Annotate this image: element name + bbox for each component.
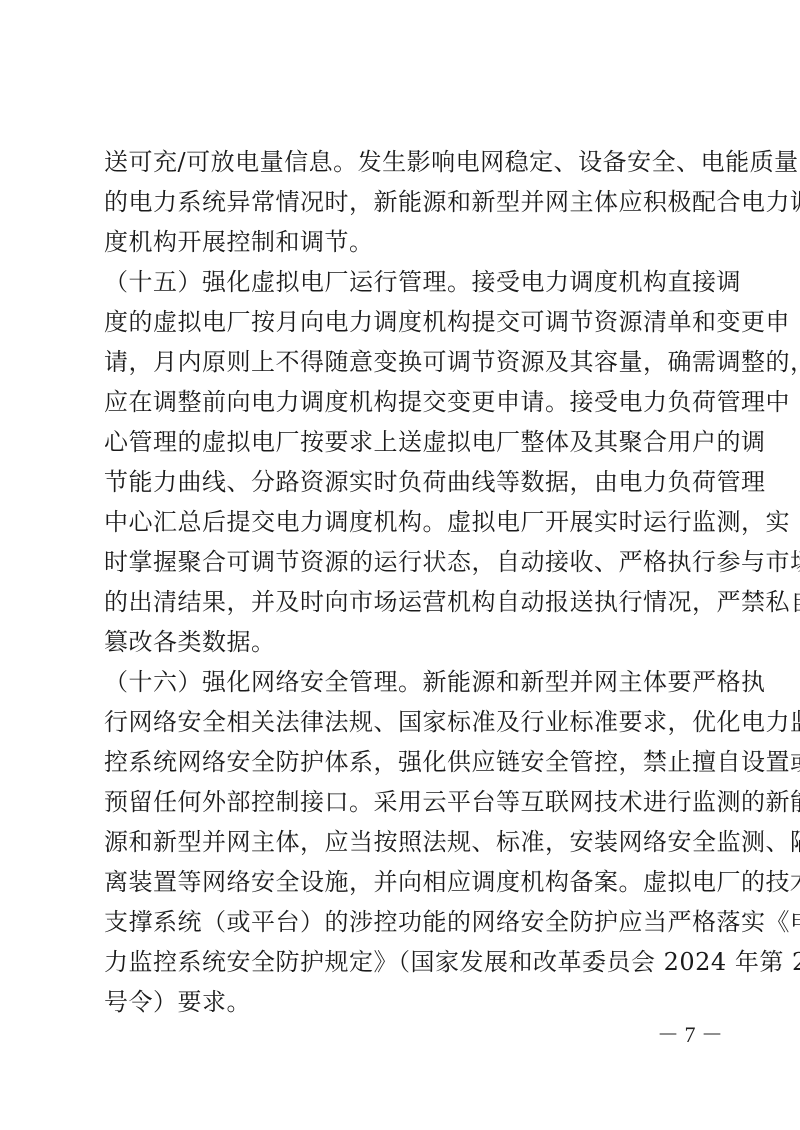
text-line: 支撑系统（或平台）的涉控功能的网络安全防护应当严格落实《电 [104,902,702,942]
text-line: 时掌握聚合可调节资源的运行状态，自动接收、严格执行参与市场 [104,542,702,582]
text-line: 应在调整前向电力调度机构提交变更申请。接受电力负荷管理中 [104,382,702,422]
text-line: 度的虚拟电厂按月向电力调度机构提交可调节资源清单和变更申 [104,302,702,342]
text-line: 篡改各类数据。 [104,622,702,662]
text-line: 源和新型并网主体，应当按照法规、标准，安装网络安全监测、隔 [104,822,702,862]
section-heading-line: （十六）强化网络安全管理。新能源和新型并网主体要严格执 [104,662,702,702]
text-line: 的出清结果，并及时向市场运营机构自动报送执行情况，严禁私自 [104,582,702,622]
text-line: 中心汇总后提交电力调度机构。虚拟电厂开展实时运行监测，实 [104,502,702,542]
text-line: 度机构开展控制和调节。 [104,222,702,262]
text-line: 行网络安全相关法律法规、国家标准及行业标准要求，优化电力监 [104,702,702,742]
text-line: 离装置等网络安全设施，并向相应调度机构备案。虚拟电厂的技术 [104,862,702,902]
text-line: 预留任何外部控制接口。采用云平台等互联网技术进行监测的新能 [104,782,702,822]
text-line: 的电力系统异常情况时，新能源和新型并网主体应积极配合电力调 [104,182,702,222]
paragraph-section-16: （十六）强化网络安全管理。新能源和新型并网主体要严格执 行网络安全相关法律法规、… [104,662,702,1022]
section-heading-line: （十五）强化虚拟电厂运行管理。接受电力调度机构直接调 [104,262,702,302]
paragraph-section-15: （十五）强化虚拟电厂运行管理。接受电力调度机构直接调 度的虚拟电厂按月向电力调度… [104,262,702,662]
document-body: 送可充/可放电量信息。发生影响电网稳定、设备安全、电能质量 的电力系统异常情况时… [104,142,702,1022]
text-line: 送可充/可放电量信息。发生影响电网稳定、设备安全、电能质量 [104,142,702,182]
text-line: 请，月内原则上不得随意变换可调节资源及其容量，确需调整的， [104,342,702,382]
text-line: 号令）要求。 [104,982,702,1022]
text-line: 力监控系统安全防护规定》（国家发展和改革委员会 2024 年第 27 [104,942,702,982]
text-line: 心管理的虚拟电厂按要求上送虚拟电厂整体及其聚合用户的调 [104,422,702,462]
paragraph-continuation: 送可充/可放电量信息。发生影响电网稳定、设备安全、电能质量 的电力系统异常情况时… [104,142,702,262]
text-line: 节能力曲线、分路资源实时负荷曲线等数据，由电力负荷管理 [104,462,702,502]
page-number: － 7 － [650,1018,730,1049]
text-line: 控系统网络安全防护体系，强化供应链安全管控，禁止擅自设置或 [104,742,702,782]
